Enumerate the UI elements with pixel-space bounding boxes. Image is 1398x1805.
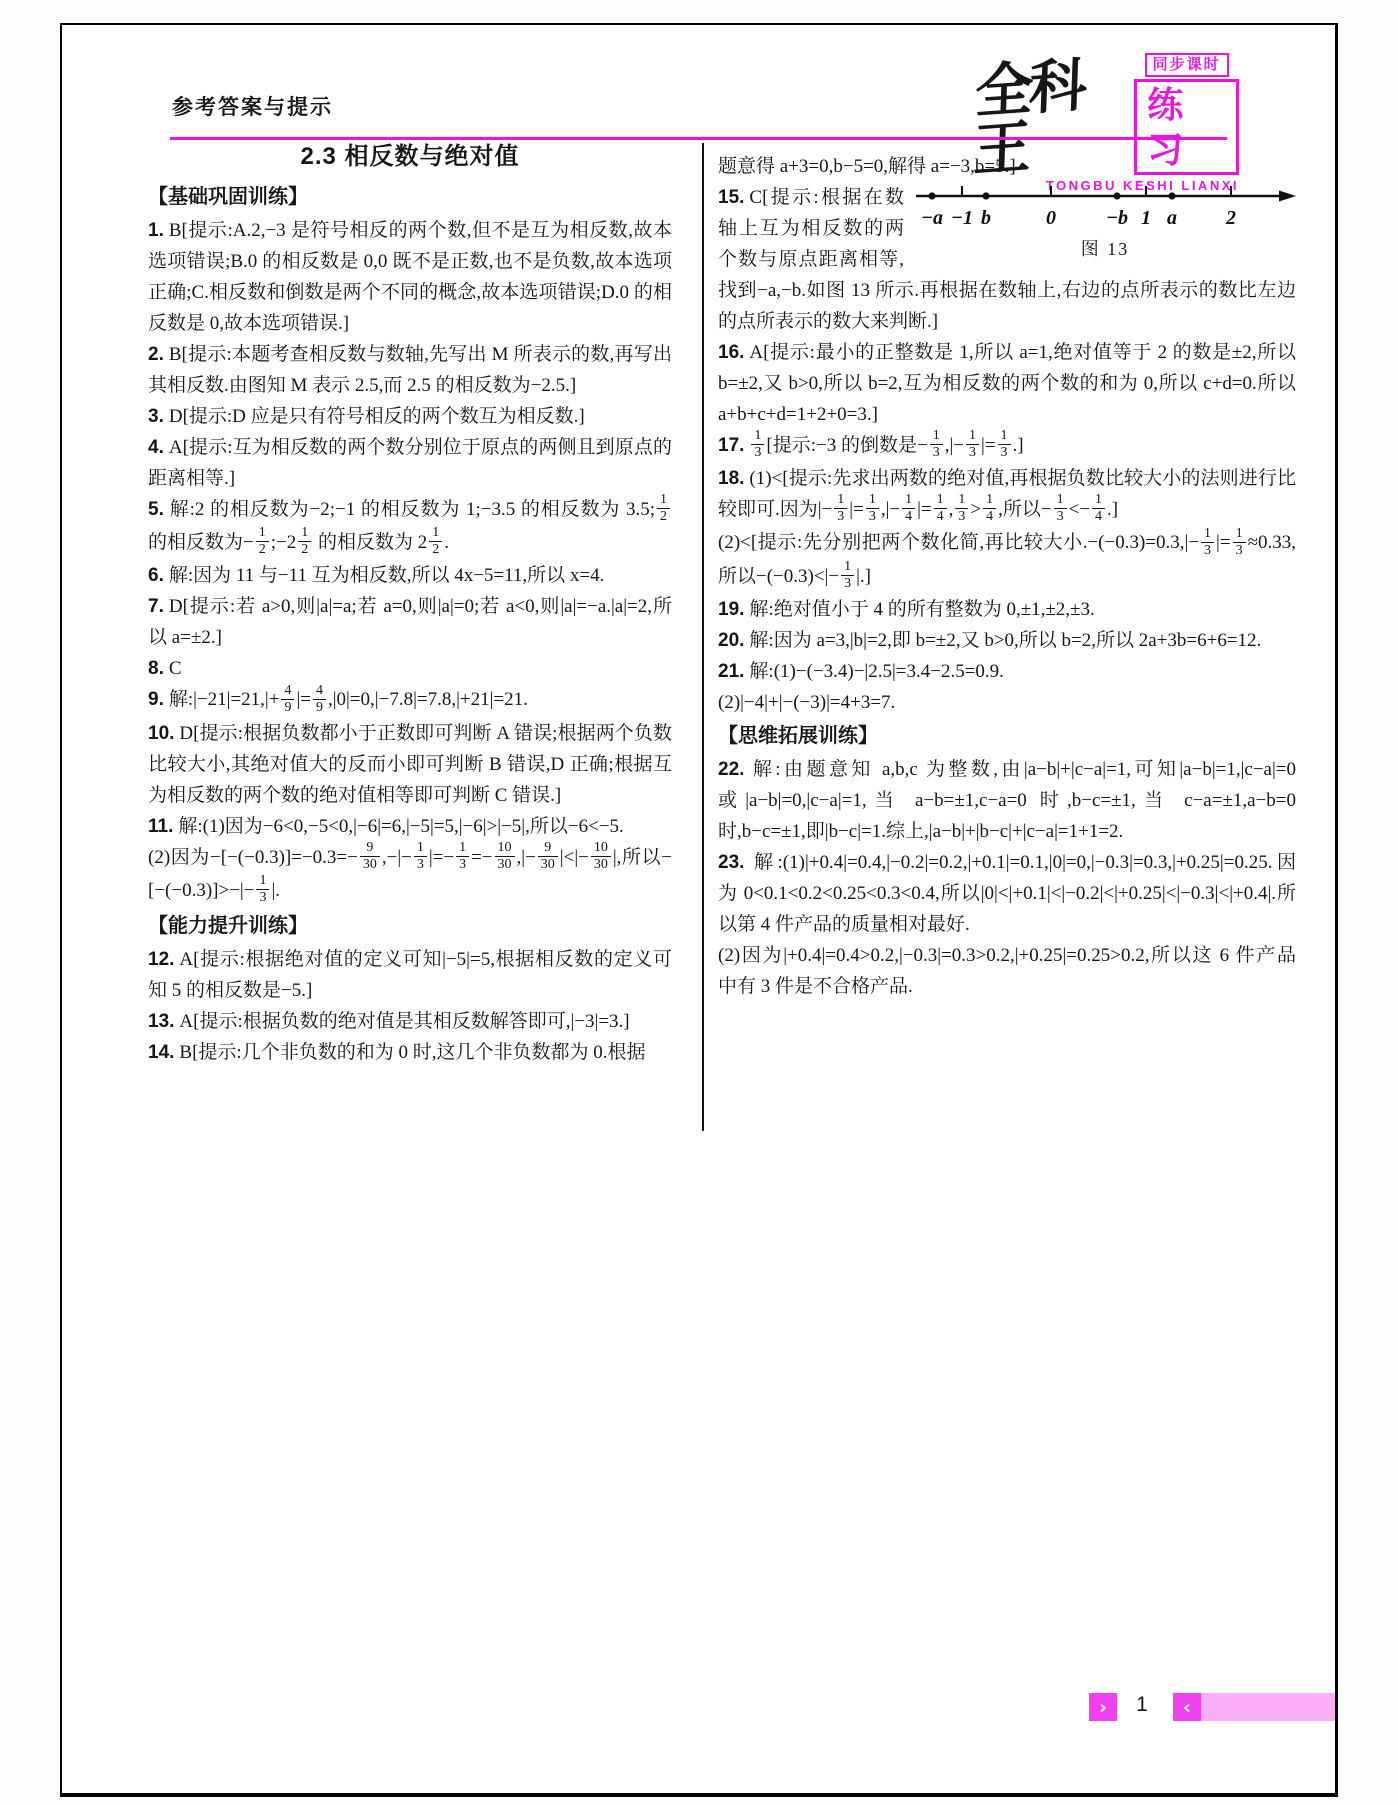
answer-item-8: 8.C bbox=[148, 653, 672, 684]
svg-text:a: a bbox=[1167, 207, 1177, 229]
fraction: 12 bbox=[657, 492, 670, 525]
fraction: 13 bbox=[1054, 492, 1067, 525]
item-number: 13. bbox=[148, 1011, 174, 1032]
item-number: 5. bbox=[148, 499, 164, 520]
fraction: 13 bbox=[751, 428, 764, 461]
figure-caption: 图 13 bbox=[1081, 239, 1130, 259]
item-number: 6. bbox=[148, 565, 164, 586]
answer-item-20: 20.解:因为 a=3,|b|=2,即 b=±2,又 b>0,所以 b=2,所以… bbox=[718, 625, 1296, 656]
item-number: 17. bbox=[718, 435, 744, 456]
axis-arrow-icon bbox=[1279, 191, 1296, 202]
answer-item-12: 12.A[提示:根据绝对值的定义可知|−5|=5,根据相反数的定义可知 5 的相… bbox=[148, 944, 672, 1006]
item-number: 18. bbox=[718, 468, 744, 489]
section-heading: 【基础巩固训练】 bbox=[148, 182, 672, 213]
answer-item-1: 1.B[提示:A.2,−3 是符号相反的两个数,但不是互为相反数,故本选项错误;… bbox=[148, 215, 672, 339]
answer-item-23: 23.解:(1)|+0.4|=0.4,|−0.2|=0.2,|+0.1|=0.1… bbox=[718, 847, 1296, 940]
answer-item-22: 22.解:由题意知 a,b,c 为整数,由|a−b|+|c−a|=1,可知|a−… bbox=[718, 754, 1296, 847]
fraction: 1030 bbox=[591, 840, 611, 873]
answer-item-13: 13.A[提示:根据负数的绝对值是其相反数解答即可,|−3|=3.] bbox=[148, 1006, 672, 1037]
answer-item-15: −a−1b0−b1a2图 1315.C[提示:根据在数轴上互为相反数的两个数与原… bbox=[718, 182, 1296, 337]
fraction: 13 bbox=[998, 428, 1011, 461]
fraction: 13 bbox=[955, 492, 968, 525]
answer-item-3: 3.D[提示:D 应是只有符号相反的两个数互为相反数.] bbox=[148, 401, 672, 432]
fraction: 14 bbox=[983, 492, 996, 525]
item-number: 12. bbox=[148, 949, 174, 970]
item-number: 19. bbox=[718, 599, 744, 620]
right-column: 题意得 a+3=0,b−5=0,解得 a=−3,b=5.]−a−1b0−b1a2… bbox=[718, 151, 1296, 1002]
fraction: 930 bbox=[360, 840, 380, 873]
next-page-button[interactable]: › bbox=[1089, 1693, 1117, 1721]
fraction: 12 bbox=[429, 525, 442, 558]
answer-item-18: 18.(1)<[提示:先求出两数的绝对值,再根据负数比较大小的法则进行比较即可.… bbox=[718, 463, 1296, 527]
left-blocks: 【基础巩固训练】1.B[提示:A.2,−3 是符号相反的两个数,但不是互为相反数… bbox=[148, 182, 672, 1068]
column-divider bbox=[702, 143, 704, 1131]
point-dot-icon bbox=[982, 192, 989, 199]
item-number: 4. bbox=[148, 437, 164, 458]
svg-text:−b: −b bbox=[1106, 207, 1128, 229]
svg-text:−1: −1 bbox=[951, 207, 973, 229]
fraction: 930 bbox=[538, 840, 558, 873]
svg-text:2: 2 bbox=[1225, 207, 1236, 229]
item-number: 9. bbox=[148, 689, 164, 710]
fraction: 13 bbox=[866, 492, 879, 525]
answer-item-5: 5.解:2 的相反数为−2;−1 的相反数为 1;−3.5 的相反数为 3.5;… bbox=[148, 494, 672, 560]
answer-item-11: 11.解:(1)因为−6<0,−5<0,|−6|=6,|−5|=5,|−6|>|… bbox=[148, 811, 672, 842]
fraction: 13 bbox=[841, 559, 854, 592]
fraction: 13 bbox=[1233, 526, 1246, 559]
item-number: 10. bbox=[148, 723, 174, 744]
right-blocks: 题意得 a+3=0,b−5=0,解得 a=−3,b=5.]−a−1b0−b1a2… bbox=[718, 151, 1296, 1002]
svg-text:b: b bbox=[981, 207, 991, 229]
item-number: 22. bbox=[718, 759, 744, 780]
answer-item-17: 17.13[提示:−3 的倒数是−13,|−13|=13.] bbox=[718, 430, 1296, 463]
fraction: 13 bbox=[414, 840, 427, 873]
item-number: 7. bbox=[148, 596, 164, 617]
answer-item-9: 9.解:|−21|=21,|+49|=49,|0|=0,|−7.8|=7.8,|… bbox=[148, 684, 672, 717]
page-footer: › 1 ‹ bbox=[62, 1690, 1335, 1724]
item-number: 16. bbox=[718, 342, 744, 363]
answer-item-2: 2.B[提示:本题考查相反数与数轴,先写出 M 所表示的数,再写出其相反数.由图… bbox=[148, 339, 672, 401]
fraction: 13 bbox=[930, 428, 943, 461]
fraction: 13 bbox=[256, 873, 269, 906]
fraction: 49 bbox=[281, 683, 294, 716]
svg-text:1: 1 bbox=[1141, 207, 1151, 229]
fraction: 14 bbox=[934, 492, 947, 525]
fraction: 49 bbox=[313, 683, 326, 716]
point-dot-icon bbox=[1168, 192, 1175, 199]
answer-item-21: 21.解:(1)−(−3.4)−|2.5|=3.4−2.5=0.9. bbox=[718, 656, 1296, 687]
section-heading: 【能力提升训练】 bbox=[148, 911, 672, 942]
answer-item-6: 6.解:因为 11 与−11 互为相反数,所以 4x−5=11,所以 x=4. bbox=[148, 560, 672, 591]
page-nav-bar[interactable]: ‹ bbox=[1173, 1693, 1335, 1721]
answer-item-7: 7.D[提示:若 a>0,则|a|=a;若 a=0,则|a|=0;若 a<0,则… bbox=[148, 591, 672, 653]
answer-item-14: 14.B[提示:几个非负数的和为 0 时,这几个非负数都为 0.根据 bbox=[148, 1037, 672, 1068]
item-number: 23. bbox=[718, 852, 744, 873]
answer-item-21: (2)|−4|+|−(−3)|=4+3=7. bbox=[718, 687, 1296, 718]
answers-header-label: 参考答案与提示 bbox=[172, 91, 333, 121]
answer-item-18: (2)<[提示:先分别把两个数化简,再比较大小.−(−0.3)=0.3,|−13… bbox=[718, 527, 1296, 593]
fraction: 12 bbox=[298, 525, 311, 558]
continuation-paragraph: 题意得 a+3=0,b−5=0,解得 a=−3,b=5.] bbox=[718, 151, 1296, 182]
answer-item-10: 10.D[提示:根据负数都小于正数即可判断 A 错误;根据两个负数比较大小,其绝… bbox=[148, 718, 672, 811]
fraction: 14 bbox=[1092, 492, 1105, 525]
fraction: 12 bbox=[256, 525, 269, 558]
prev-page-button[interactable]: ‹ bbox=[1173, 1693, 1201, 1721]
answer-item-11: (2)因为−[−(−0.3)]=−0.3=−930,−|−13|=−13=−10… bbox=[148, 842, 672, 908]
answer-item-4: 4.A[提示:互为相反数的两个数分别位于原点的两侧且到原点的距离相等.] bbox=[148, 432, 672, 494]
point-dot-icon bbox=[1113, 192, 1120, 199]
fraction: 13 bbox=[1201, 526, 1214, 559]
item-number: 14. bbox=[148, 1042, 174, 1063]
fraction: 1030 bbox=[495, 840, 515, 873]
number-line-figure: −a−1b0−b1a2图 13 bbox=[914, 182, 1296, 265]
fraction: 14 bbox=[902, 492, 915, 525]
item-number: 11. bbox=[148, 816, 173, 837]
item-number: 8. bbox=[148, 658, 164, 679]
svg-text:−a: −a bbox=[921, 207, 943, 229]
item-number: 15. bbox=[718, 187, 744, 208]
item-number: 2. bbox=[148, 344, 164, 365]
item-number: 21. bbox=[718, 661, 744, 682]
item-number: 3. bbox=[148, 406, 164, 427]
point-dot-icon bbox=[928, 192, 935, 199]
lesson-title: 2.3 相反数与绝对值 bbox=[148, 141, 672, 172]
answer-item-19: 19.解:绝对值小于 4 的所有整数为 0,±1,±2,±3. bbox=[718, 594, 1296, 625]
item-number: 1. bbox=[148, 220, 164, 241]
fraction: 13 bbox=[966, 428, 979, 461]
brand-badge-subtitle: 同步课时 bbox=[1145, 53, 1229, 77]
left-column: 2.3 相反数与绝对值 【基础巩固训练】1.B[提示:A.2,−3 是符号相反的… bbox=[148, 141, 672, 1068]
answer-item-16: 16.A[提示:最小的正整数是 1,所以 a=1,绝对值等于 2 的数是±2,所… bbox=[718, 337, 1296, 430]
number-line: −a−1b0−b1a2 bbox=[914, 182, 1296, 234]
svg-text:0: 0 bbox=[1046, 207, 1056, 229]
section-heading: 【思维拓展训练】 bbox=[718, 721, 1296, 752]
fraction: 13 bbox=[456, 840, 469, 873]
answer-item-23: (2)因为|+0.4|=0.4>0.2,|−0.3|=0.3>0.2,|+0.2… bbox=[718, 940, 1296, 1002]
fraction: 13 bbox=[834, 492, 847, 525]
page-number: 1 bbox=[1120, 1693, 1164, 1717]
header-rule bbox=[170, 137, 1227, 140]
item-number: 20. bbox=[718, 630, 744, 651]
page-sheet: 参考答案与提示 全科王 同步课时 练习 TONGBU KESHI LIANXI … bbox=[60, 23, 1338, 1797]
